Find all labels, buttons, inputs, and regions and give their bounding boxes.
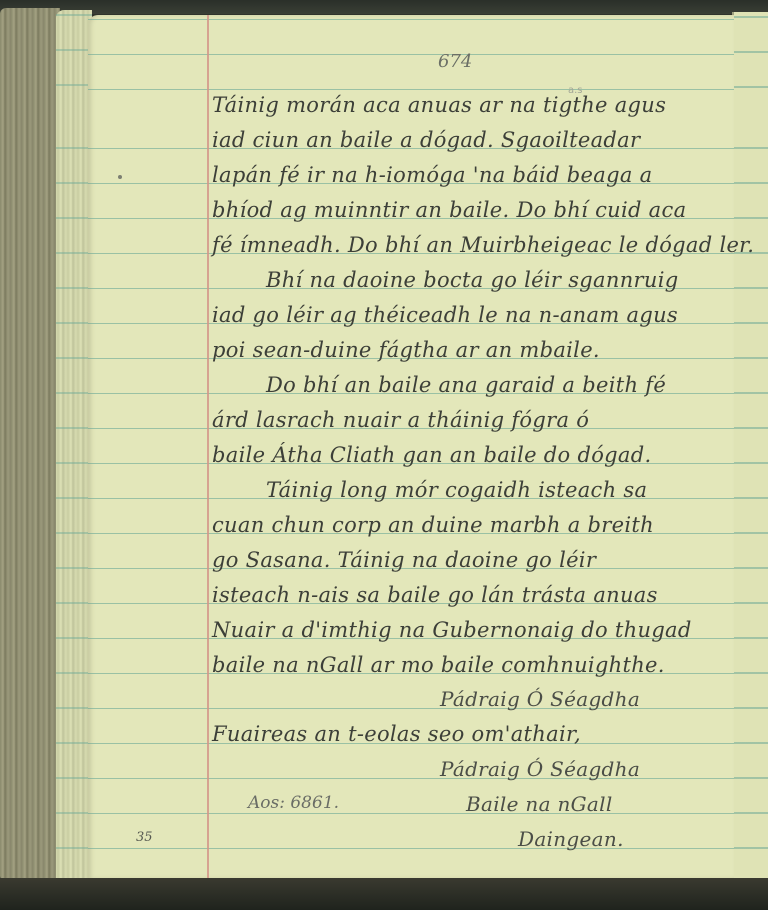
- place-townland: Baile na nGall: [466, 792, 613, 816]
- page-number: 674: [438, 51, 472, 72]
- ink-spot: [118, 175, 122, 179]
- place-town: Daingean.: [518, 827, 624, 851]
- text-line-10: árd lasrach nuair a tháinig fógra ó: [212, 408, 589, 432]
- source-statement: Fuaireas an t-eolas seo om'athair,: [212, 722, 581, 746]
- notebook-page: 674 a.s Táinig morán aca anuas ar na tig…: [88, 15, 734, 879]
- red-margin-line: [207, 15, 209, 879]
- text-line-14: go Sasana. Táinig na daoine go léir: [212, 548, 596, 572]
- previous-page-edges: [56, 10, 92, 878]
- text-line-3: lapán fé ir na h-iomóga 'na báid beaga a: [212, 163, 652, 187]
- text-line-17: baile na nGall ar mo baile comhnuighthe.: [212, 653, 665, 677]
- text-line-7: iad go léir ag théiceadh le na n-anam ag…: [212, 303, 678, 327]
- book-page-stack: [0, 8, 60, 880]
- text-line-2: iad ciun an baile a dógad. Sgaoilteadar: [212, 128, 640, 152]
- text-line-16: Nuair a d'imthig na Gubernonaig do thuga…: [212, 618, 692, 642]
- text-line-15: isteach n-ais sa baile go lán trásta anu…: [212, 583, 658, 607]
- signature-narrator: Pádraig Ó Séagdha: [440, 687, 640, 711]
- text-line-1: Táinig morán aca anuas ar na tigthe agus: [212, 93, 666, 117]
- scanned-manuscript: 674 a.s Táinig morán aca anuas ar na tig…: [0, 0, 768, 910]
- text-line-6: Bhí na daoine bocta go léir sgannruig: [266, 268, 678, 292]
- scanner-bottom-edge: [0, 878, 768, 910]
- text-line-5: fé ímneadh. Do bhí an Muirbheigeac le dó…: [212, 233, 754, 257]
- text-line-8: poi sean-duine fágtha ar an mbaile.: [212, 338, 600, 362]
- text-line-12: Táinig long mór cogaidh isteach sa: [266, 478, 647, 502]
- text-line-9: Do bhí an baile ana garaid a beith fé: [266, 373, 666, 397]
- text-line-4: bhíod ag muinntir an baile. Do bhí cuid …: [212, 198, 686, 222]
- reference-number: Aos: 6861.: [248, 793, 339, 813]
- text-line-13: cuan chun corp an duine marbh a breith: [212, 513, 654, 537]
- next-page-edge: [732, 12, 768, 878]
- corner-mark: 35: [136, 830, 153, 845]
- signature-collector: Pádraig Ó Séagdha: [440, 757, 640, 781]
- scanner-top-edge: [0, 0, 768, 14]
- text-line-11: baile Átha Cliath gan an baile do dógad.: [212, 443, 651, 467]
